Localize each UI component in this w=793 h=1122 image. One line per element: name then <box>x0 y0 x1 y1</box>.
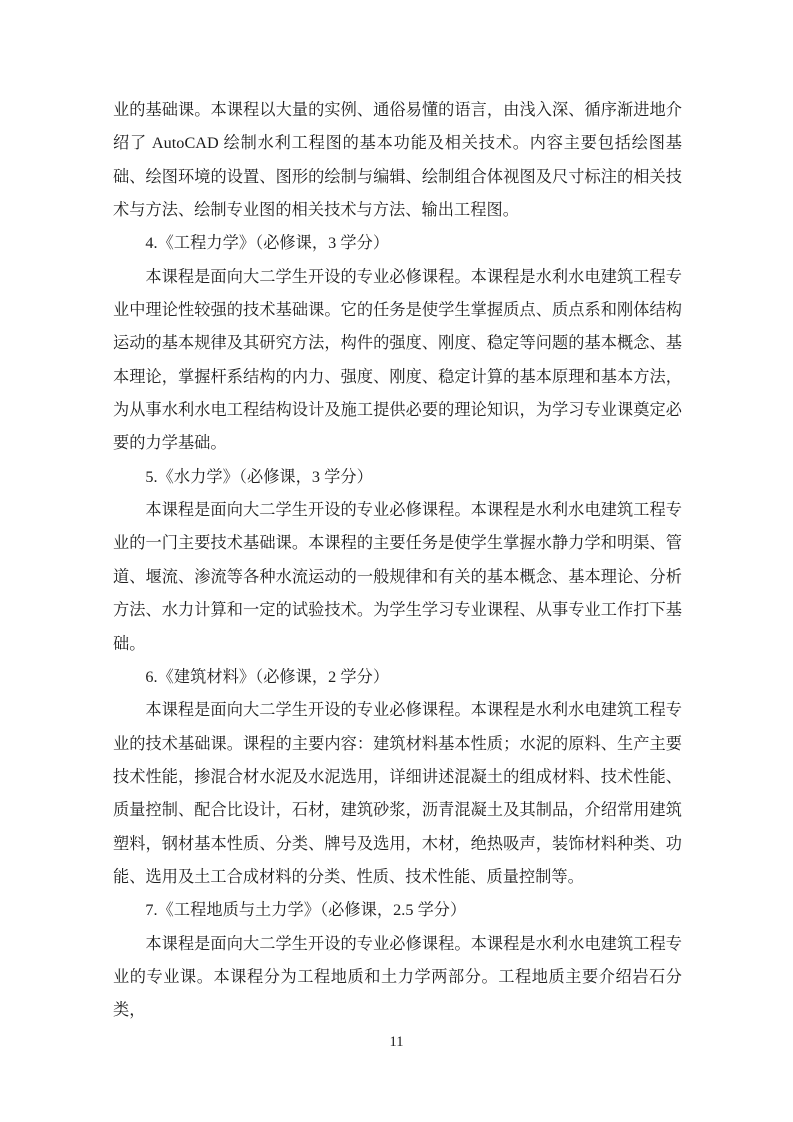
course-heading-building-materials: 6.《建筑材料》（必修课，2 学分） <box>113 661 682 694</box>
course-heading-engineering-mechanics: 4.《工程力学》（必修课，3 学分） <box>113 227 682 260</box>
page-number: 11 <box>0 1033 793 1051</box>
paragraph-autocad-course-continuation: 业的基础课。本课程以大量的实例、通俗易懂的语言，由浅入深、循序渐进地介绍了 Au… <box>113 94 682 227</box>
paragraph-engineering-mechanics: 本课程是面向大二学生开设的专业必修课程。本课程是水利水电建筑工程专业中理论性较强… <box>113 261 682 461</box>
paragraph-engineering-geology: 本课程是面向大二学生开设的专业必修课程。本课程是水利水电建筑工程专业的专业课。本… <box>113 928 682 1028</box>
course-heading-engineering-geology: 7.《工程地质与土力学》（必修课，2.5 学分） <box>113 894 682 927</box>
paragraph-building-materials: 本课程是面向大二学生开设的专业必修课程。本课程是水利水电建筑工程专业的技术基础课… <box>113 694 682 894</box>
course-heading-hydraulics: 5.《水力学》（必修课，3 学分） <box>113 461 682 494</box>
paragraph-hydraulics: 本课程是面向大二学生开设的专业必修课程。本课程是水利水电建筑工程专业的一门主要技… <box>113 494 682 661</box>
document-page: 业的基础课。本课程以大量的实例、通俗易懂的语言，由浅入深、循序渐进地介绍了 Au… <box>0 0 793 1122</box>
document-body: 业的基础课。本课程以大量的实例、通俗易懂的语言，由浅入深、循序渐进地介绍了 Au… <box>113 94 682 1028</box>
